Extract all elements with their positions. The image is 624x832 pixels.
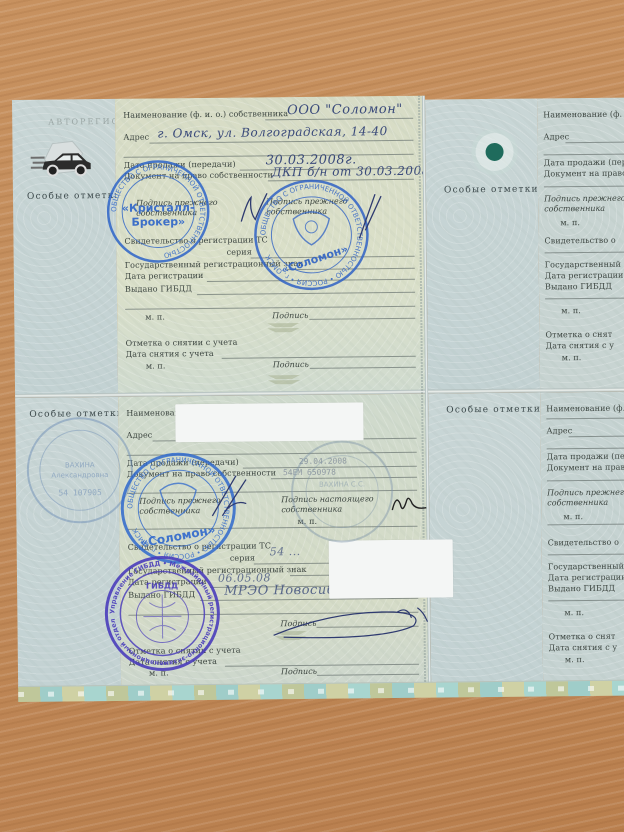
- current-owner-sig-label-2: собственника: [281, 505, 342, 515]
- chevron-ornament: [265, 323, 285, 333]
- panel-top-right-notes: Особые отметки: [425, 99, 540, 392]
- state-reg-label-br: Государственный: [548, 562, 624, 572]
- issued-by-label: Выдано ГИБДД: [125, 284, 192, 294]
- dereg-mark-label-b: Отметка о снятии с учета: [129, 646, 241, 656]
- prev-owner-sig-label: Подпись прежнего: [136, 198, 218, 208]
- dereg-date-label-b: Дата снятия с учета: [129, 657, 217, 667]
- panel-top-left: АВТОРЕГИСТРА Особые отметки: [12, 99, 118, 396]
- prev-owner-sig-label-br: Подпись прежнего: [547, 488, 624, 498]
- seal-label-r-2: м. п.: [561, 306, 581, 315]
- dereg-mark-label: Отметка о снятии с учета: [126, 338, 238, 348]
- ownership-doc-value-b: 54ЕМ 650978: [283, 468, 336, 478]
- dereg-date-label-br: Дата снятия с у: [549, 643, 618, 653]
- sale-date-value-b: 29.04.2008: [299, 457, 347, 467]
- owner-name-label: Наименование (ф. и. о.) собственника: [123, 109, 288, 120]
- signature-label-b-2: Подпись: [281, 667, 317, 676]
- ownership-doc-label-r: Документ на право: [544, 169, 624, 179]
- sale-date-label-br: Дата продажи (пере: [547, 451, 624, 461]
- prev-owner-sig-label-right: Подпись прежнего: [266, 196, 348, 206]
- prev-owner-sig-label-b-2: собственника: [139, 506, 200, 516]
- reg-certificate-label: Свидетельство о регистрации ТС: [124, 235, 267, 246]
- dereg-date-label: Дата снятия с учета: [126, 349, 214, 359]
- issued-by-label-br: Выдано ГИБДД: [548, 584, 615, 594]
- prev-owner-sig-label-r-2: собственника: [544, 204, 605, 214]
- reg-date-label-b: Дата регистрации: [128, 577, 207, 587]
- signature-label: Подпись: [272, 311, 308, 320]
- issued-by-label-b: Выдано ГИБДД: [128, 590, 195, 600]
- panel-top-right-form: Наименование (ф. и. Адрес Дата продажи (…: [537, 97, 624, 390]
- series-value-b: 54 ...: [270, 545, 301, 558]
- panel-bottom-left: Особые отметки: [15, 397, 121, 688]
- special-marks-label: Особые отметки: [27, 191, 118, 202]
- sale-date-label-r: Дата продажи (пере: [544, 158, 624, 168]
- chevron-ornament-2: [266, 375, 286, 385]
- ownership-doc-label-br: Документ на право: [547, 463, 624, 473]
- address-label-br: Адрес: [546, 426, 572, 435]
- security-dot-icon: [485, 143, 503, 161]
- seal-label-b: м. п.: [297, 517, 317, 526]
- special-marks-label-br: Особые отметки: [446, 404, 541, 415]
- prev-owner-sig-label-right-2: собственника: [266, 207, 327, 217]
- faded-header: АВТОРЕГИСТРА: [48, 117, 118, 127]
- address-label: Адрес: [123, 133, 149, 142]
- seal-label: м. п.: [145, 312, 165, 321]
- seal-label-b-2: м. п.: [149, 668, 169, 677]
- series-label-b: серия: [230, 553, 255, 562]
- seal-label-br-3: м. п.: [565, 655, 585, 664]
- signature-label-b: Подпись: [280, 619, 316, 628]
- series-label: серия: [227, 247, 252, 256]
- panel-bottom-right-form: Наименование (ф. и. о.) Адрес Дата прода…: [540, 391, 624, 682]
- signature-label-2: Подпись: [273, 360, 309, 369]
- prev-owner-sig-label-2: собственника: [136, 208, 197, 218]
- sale-date-label-b: Дата продажи (передачи): [127, 458, 239, 468]
- state-reg-label: Государственный регистрационный знак: [125, 259, 304, 270]
- owner-name-label-r: Наименование (ф. и.: [543, 109, 624, 119]
- panel-top-middle: Наименование (ф. и. о.) собственника ООО…: [115, 96, 426, 395]
- chevron-ornament-3: [273, 631, 293, 641]
- car-icon: [30, 139, 92, 180]
- seal-label-r-3: м. п.: [562, 353, 582, 362]
- panel-bottom-right-notes: Особые отметки: [428, 392, 543, 683]
- reg-date-label-br: Дата регистрации: [548, 573, 624, 583]
- redaction-plate: [329, 539, 454, 598]
- reg-certificate-label-b: Свидетельство о регистрации ТС: [128, 541, 271, 552]
- prev-owner-sig-label-b: Подпись прежнего: [139, 496, 221, 506]
- reg-date-label: Дата регистрации: [125, 271, 204, 281]
- address-label-b: Адрес: [126, 431, 152, 440]
- reg-cert-label-br: Свидетельство о: [548, 538, 619, 548]
- vehicle-passport-spread: АВТОРЕГИСТРА Особые отметки Наименование…: [12, 94, 624, 710]
- prev-owner-sig-label-br-2: собственника: [547, 498, 608, 508]
- owner-name-label-br: Наименование (ф. и. о.): [546, 403, 624, 413]
- seal-label-br-2: м. п.: [564, 608, 584, 617]
- dereg-mark-label-br: Отметка о снят: [549, 632, 616, 642]
- special-marks-label-bottom: Особые отметки: [29, 409, 121, 420]
- issued-by-label-r: Выдано ГИБДД: [545, 282, 612, 292]
- prev-owner-sig-label-r: Подпись прежнего: [544, 194, 624, 204]
- reg-date-label-r: Дата регистрации: [545, 271, 624, 281]
- redaction-owner-name: [175, 402, 363, 442]
- dereg-date-label-r: Дата снятия с у: [546, 341, 615, 351]
- ownership-doc-label: Документ на право собственности: [124, 170, 273, 181]
- seal-label-r: м. п.: [560, 218, 580, 227]
- sale-date-label: Дата продажи (передачи): [124, 160, 236, 170]
- reg-cert-label-r: Свидетельство о: [544, 236, 615, 246]
- state-reg-label-r: Государственный: [545, 260, 621, 270]
- address-value: г. Омск, ул. Волгоградская, 14-40: [157, 124, 388, 140]
- ownership-doc-label-b: Документ на право собственности: [127, 468, 276, 479]
- dereg-mark-label-r: Отметка о снят: [545, 330, 612, 340]
- special-marks-label-right: Особые отметки: [444, 184, 539, 195]
- current-owner-sig-label: Подпись настоящего: [281, 494, 373, 504]
- ownership-doc-value: ДКП б/н от 30.03.2008г.: [272, 164, 426, 180]
- address-label-r: Адрес: [543, 132, 569, 141]
- owner-name-value: ООО "Соломон": [287, 102, 403, 118]
- seal-label-2: м. п.: [146, 361, 166, 370]
- seal-label-br: м. п.: [563, 512, 583, 521]
